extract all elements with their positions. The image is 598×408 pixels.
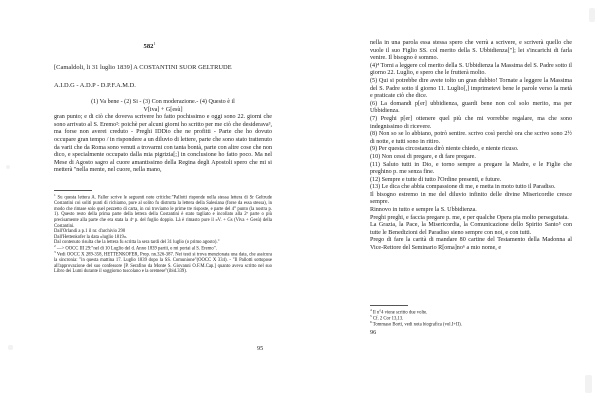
letter-number-value: 582 — [144, 43, 154, 50]
point-10: (10) Non cessi di pregare, e di fare pre… — [370, 154, 572, 162]
point-4: (4)⁴ Torni a leggere col merito della S.… — [370, 63, 572, 78]
points-line: (1) Va bene - (2) Si - (3) Con moderazio… — [54, 99, 272, 107]
point-11: (11) Saluto tutti in Dio, e torno sempre… — [370, 162, 572, 177]
body-paragraph: Il bisogno estremo in me del diluvio inf… — [370, 192, 572, 207]
scan-smudge — [585, 375, 592, 393]
right-footnotes: 4 Il n°4 viene scritto due volte. 5 Cf. … — [370, 310, 572, 328]
point-6: (6) La domandi p[er] ubbidienza, guardi … — [370, 101, 572, 116]
right-body: nella in una parola essa stessa spero ch… — [370, 40, 572, 253]
right-page: nella in una parola essa stessa spero ch… — [299, 0, 598, 408]
footnote-1: 1 Su questa lettera A. Faller scrive le … — [54, 195, 272, 229]
footnote-divider — [54, 190, 92, 191]
point-9: (9) Per questa circostanza dirò niente c… — [370, 146, 572, 154]
page-number: 96 — [370, 329, 376, 336]
point-13: (13) Le dica che abbia compassione di me… — [370, 184, 572, 192]
body-paragraph: Rinnovo in tutto e sempre la S. Ubbidien… — [370, 207, 572, 215]
letter-number: 5821 — [0, 43, 299, 50]
scan-smudge — [8, 345, 13, 350]
body-paragraph: gran punto; e di ciò che doveva scrivere… — [54, 114, 272, 175]
letter-heading: [Camaldoli, li 31 luglio 1839] A COSTANT… — [54, 64, 272, 71]
point-8: (8) Non so se lo abbiano, potrò sentire.… — [370, 131, 572, 146]
footnote-ref: 1 — [153, 41, 155, 46]
point-7: (7) Preghi p[er] ottenere quel più che m… — [370, 116, 572, 131]
left-footnotes: 1 Su questa lettera A. Faller scrive le … — [54, 195, 272, 275]
body-paragraph: nella in una parola essa stessa spero ch… — [370, 40, 572, 63]
page-number: 95 — [257, 345, 263, 352]
footnote-6: 6 Tommaso Borti, vedi nota biografica (v… — [370, 322, 572, 328]
body-paragraph: Prego di fare la carità di mandare 80 ca… — [370, 237, 572, 252]
scan-smudge — [589, 8, 595, 22]
point-5: (5) Qui si potrebbe dire avete tolto un … — [370, 78, 572, 101]
scan-smudge — [6, 165, 10, 169]
invocation-line: A.I.D.G - A.D.P - D.P.F.A.M.D. — [54, 82, 272, 89]
left-body: (1) Va bene - (2) Si - (3) Con moderazio… — [54, 99, 272, 175]
footnote-divider — [370, 305, 408, 306]
left-page: 5821 [Camaldoli, li 31 luglio 1839] A CO… — [0, 0, 299, 408]
footnote-3: 3 Vedi OOCC X 289-358, HETTENKOFER, Prop… — [54, 252, 272, 275]
blessing-paragraph: La Grazia, la Pace, la Misericordia, la … — [370, 222, 572, 237]
